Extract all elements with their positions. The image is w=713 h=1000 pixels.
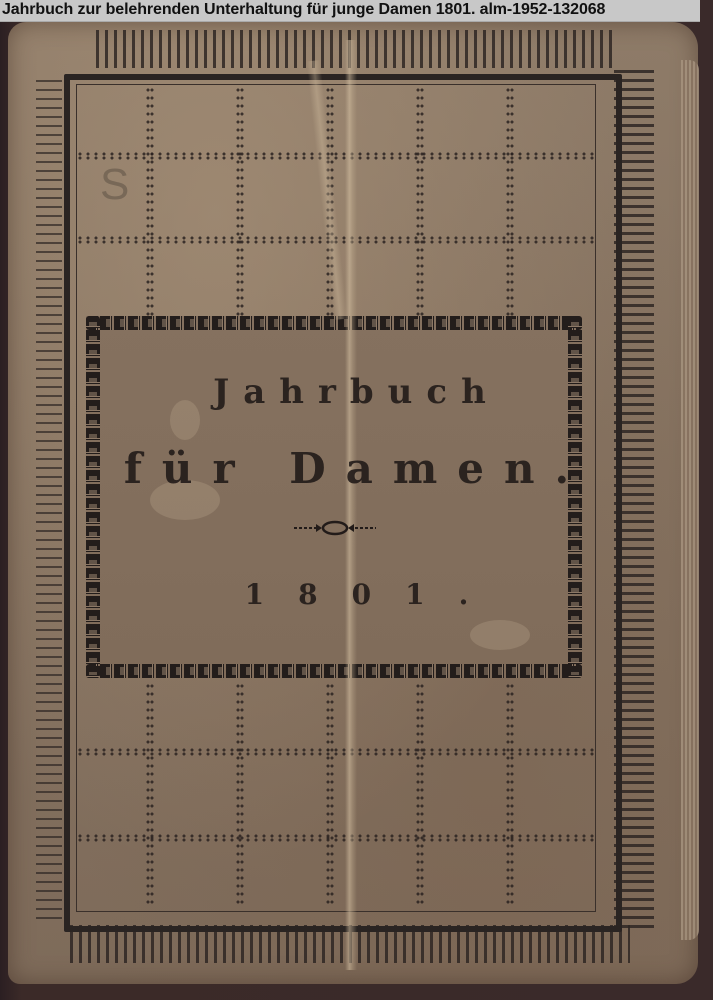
dotted-grid-line [506, 86, 514, 318]
dotted-grid-line [416, 86, 424, 318]
dotted-grid-line [506, 682, 514, 908]
dotted-grid-line [236, 682, 244, 908]
corner-mark: S [100, 160, 129, 210]
page-edges [681, 60, 699, 940]
dotted-grid-line [416, 682, 424, 908]
chain-border-right [568, 316, 582, 678]
caption-bar: Jahrbuch zur belehrenden Unterhaltung fü… [0, 0, 700, 22]
dotted-grid-line [236, 86, 244, 318]
ornament-icon [290, 518, 380, 538]
paper-stain [470, 620, 530, 650]
dotted-grid-line [76, 152, 594, 160]
dotted-grid-line [76, 834, 594, 842]
title-line-2: für Damen. [0, 444, 713, 493]
paper-crease [336, 40, 366, 970]
title-line-1: Jahrbuch [0, 372, 713, 412]
dotted-grid-line [326, 682, 334, 908]
dotted-grid-line [76, 748, 594, 756]
year: 1801. [0, 578, 713, 611]
chain-border-left [86, 316, 100, 678]
dotted-grid-line [146, 86, 154, 318]
dotted-grid-line [146, 682, 154, 908]
chain-border-bottom [86, 664, 582, 678]
caption-text: Jahrbuch zur belehrenden Unterhaltung fü… [2, 1, 605, 19]
hatched-border-left [36, 80, 62, 920]
